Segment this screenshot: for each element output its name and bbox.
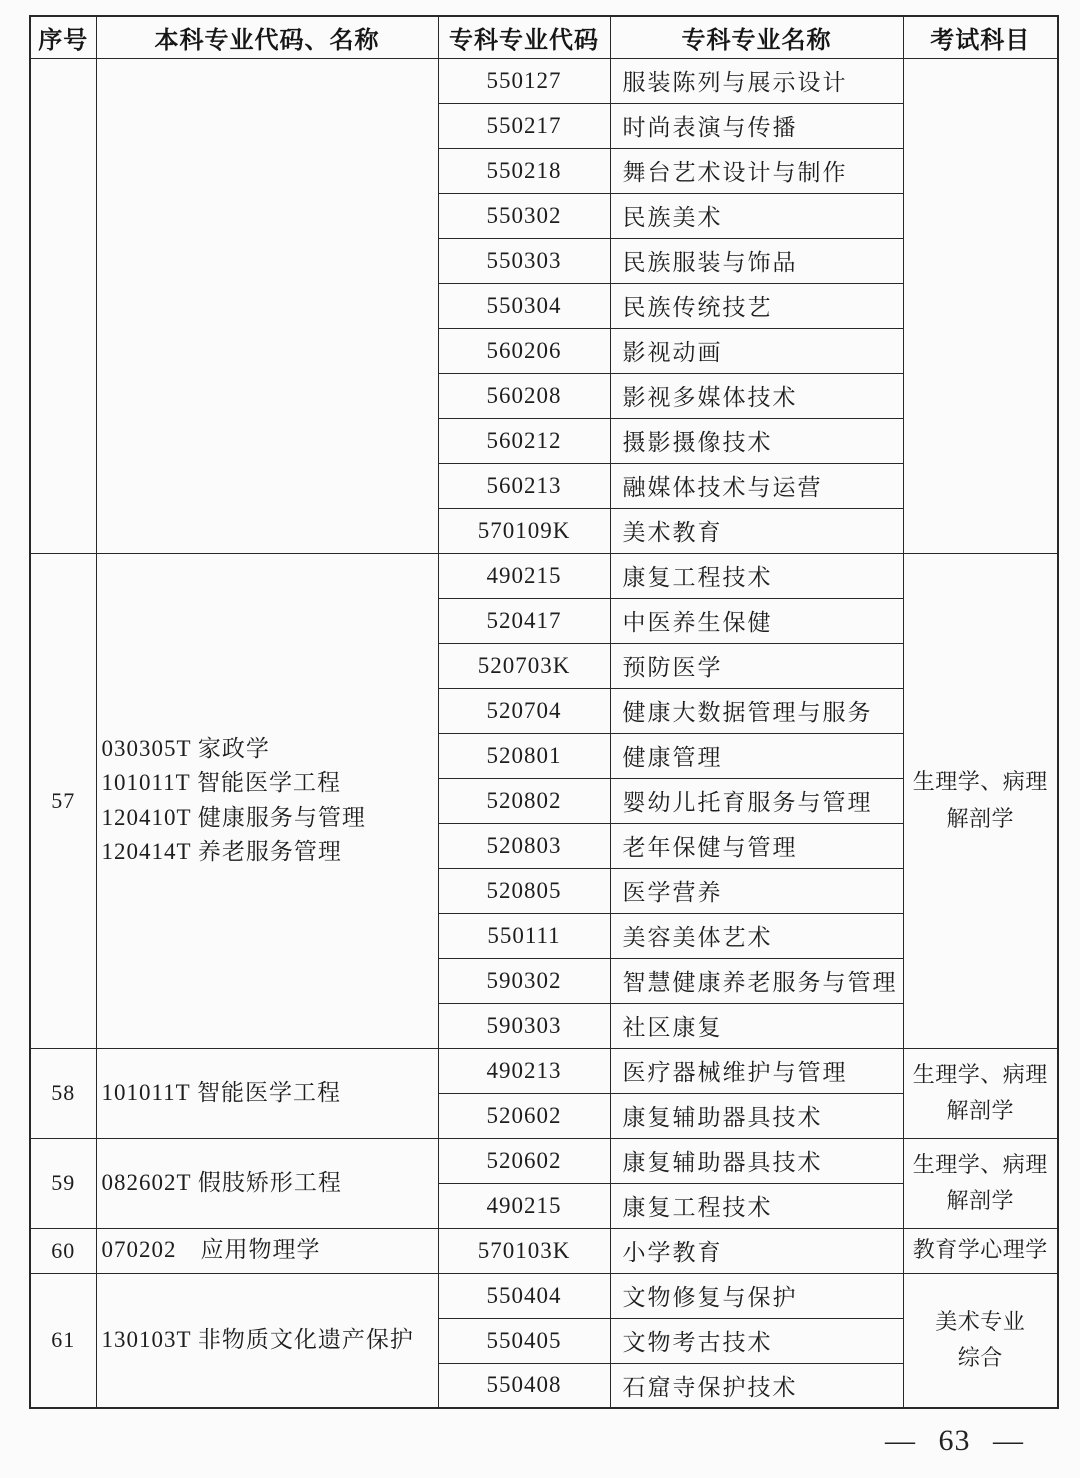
header-seq: 序号 (30, 16, 96, 58)
junior-major-name-cell: 康复辅助器具技术 (610, 1093, 903, 1138)
header-exam-subjects: 考试科目 (903, 16, 1058, 58)
junior-major-name-cell: 美术教育 (610, 508, 903, 553)
undergrad-majors-cell: 082602T 假肢矫形工程 (96, 1138, 438, 1228)
undergrad-majors-cell: 030305T 家政学 101011T 智能医学工程 120410T 健康服务与… (96, 553, 438, 1048)
junior-major-name-cell: 预防医学 (610, 643, 903, 688)
junior-major-name-cell: 融媒体技术与运营 (610, 463, 903, 508)
junior-code-cell: 570103K (438, 1228, 610, 1273)
junior-code-cell: 590303 (438, 1003, 610, 1048)
junior-code-cell: 520802 (438, 778, 610, 823)
header-junior-code: 专科专业代码 (438, 16, 610, 58)
junior-code-cell: 550111 (438, 913, 610, 958)
junior-code-cell: 520704 (438, 688, 610, 733)
junior-major-name-cell: 舞台艺术设计与制作 (610, 148, 903, 193)
junior-major-name-cell: 中医养生保健 (610, 598, 903, 643)
table-body: 550127服装陈列与展示设计550217时尚表演与传播550218舞台艺术设计… (30, 58, 1058, 1408)
junior-major-name-cell: 康复工程技术 (610, 553, 903, 598)
junior-code-cell: 520803 (438, 823, 610, 868)
junior-code-cell: 550218 (438, 148, 610, 193)
junior-major-name-cell: 摄影摄像技术 (610, 418, 903, 463)
table-row: 550127服装陈列与展示设计 (30, 58, 1058, 103)
header-junior-name: 专科专业名称 (610, 16, 903, 58)
table-header: 序号 本科专业代码、名称 专科专业代码 专科专业名称 考试科目 (30, 16, 1058, 58)
junior-major-name-cell: 文物修复与保护 (610, 1273, 903, 1318)
seq-cell: 58 (30, 1048, 96, 1138)
junior-code-cell: 520417 (438, 598, 610, 643)
junior-major-name-cell: 康复工程技术 (610, 1183, 903, 1228)
junior-major-name-cell: 智慧健康养老服务与管理 (610, 958, 903, 1003)
junior-code-cell: 550302 (438, 193, 610, 238)
junior-code-cell: 590302 (438, 958, 610, 1003)
exam-subjects-cell: 生理学、病理 解剖学 (903, 553, 1058, 1048)
seq-cell (30, 58, 96, 553)
junior-major-name-cell: 民族美术 (610, 193, 903, 238)
junior-code-cell: 550404 (438, 1273, 610, 1318)
table-row: 59082602T 假肢矫形工程520602康复辅助器具技术生理学、病理 解剖学 (30, 1138, 1058, 1183)
junior-major-name-cell: 时尚表演与传播 (610, 103, 903, 148)
junior-major-name-cell: 康复辅助器具技术 (610, 1138, 903, 1183)
junior-major-name-cell: 石窟寺保护技术 (610, 1363, 903, 1408)
junior-code-cell: 560208 (438, 373, 610, 418)
majors-table: 序号 本科专业代码、名称 专科专业代码 专科专业名称 考试科目 550127服装… (29, 15, 1059, 1409)
junior-major-name-cell: 医疗器械维护与管理 (610, 1048, 903, 1093)
junior-major-name-cell: 美容美体艺术 (610, 913, 903, 958)
junior-code-cell: 490215 (438, 1183, 610, 1228)
exam-subjects-cell: 美术专业 综合 (903, 1273, 1058, 1408)
junior-code-cell: 570109K (438, 508, 610, 553)
junior-major-name-cell: 医学营养 (610, 868, 903, 913)
junior-code-cell: 550127 (438, 58, 610, 103)
undergrad-majors-cell: 070202 应用物理学 (96, 1228, 438, 1273)
undergrad-majors-cell: 101011T 智能医学工程 (96, 1048, 438, 1138)
junior-major-name-cell: 民族传统技艺 (610, 283, 903, 328)
seq-cell: 61 (30, 1273, 96, 1408)
junior-major-name-cell: 影视多媒体技术 (610, 373, 903, 418)
junior-code-cell: 520805 (438, 868, 610, 913)
junior-major-name-cell: 老年保健与管理 (610, 823, 903, 868)
table-row: 58101011T 智能医学工程490213医疗器械维护与管理生理学、病理 解剖… (30, 1048, 1058, 1093)
junior-code-cell: 490213 (438, 1048, 610, 1093)
table-row: 57030305T 家政学 101011T 智能医学工程 120410T 健康服… (30, 553, 1058, 598)
junior-code-cell: 560206 (438, 328, 610, 373)
junior-major-name-cell: 社区康复 (610, 1003, 903, 1048)
junior-code-cell: 550217 (438, 103, 610, 148)
undergrad-majors-cell (96, 58, 438, 553)
junior-major-name-cell: 健康大数据管理与服务 (610, 688, 903, 733)
page-number: — 63 — (0, 1424, 1024, 1458)
seq-cell: 60 (30, 1228, 96, 1273)
document-page: 序号 本科专业代码、名称 专科专业代码 专科专业名称 考试科目 550127服装… (0, 0, 1080, 1478)
header-row: 序号 本科专业代码、名称 专科专业代码 专科专业名称 考试科目 (30, 16, 1058, 58)
junior-code-cell: 520801 (438, 733, 610, 778)
table-row: 60070202 应用物理学570103K小学教育教育学心理学 (30, 1228, 1058, 1273)
junior-major-name-cell: 民族服装与饰品 (610, 238, 903, 283)
junior-major-name-cell: 健康管理 (610, 733, 903, 778)
junior-major-name-cell: 文物考古技术 (610, 1318, 903, 1363)
junior-code-cell: 550304 (438, 283, 610, 328)
junior-major-name-cell: 小学教育 (610, 1228, 903, 1273)
exam-subjects-cell: 教育学心理学 (903, 1228, 1058, 1273)
junior-major-name-cell: 婴幼儿托育服务与管理 (610, 778, 903, 823)
junior-code-cell: 560213 (438, 463, 610, 508)
junior-code-cell: 560212 (438, 418, 610, 463)
exam-subjects-cell: 生理学、病理 解剖学 (903, 1048, 1058, 1138)
exam-subjects-cell (903, 58, 1058, 553)
junior-code-cell: 520703K (438, 643, 610, 688)
table-row: 61130103T 非物质文化遗产保护550404文物修复与保护美术专业 综合 (30, 1273, 1058, 1318)
header-undergrad-code-name: 本科专业代码、名称 (96, 16, 438, 58)
junior-major-name-cell: 影视动画 (610, 328, 903, 373)
seq-cell: 57 (30, 553, 96, 1048)
exam-subjects-cell: 生理学、病理 解剖学 (903, 1138, 1058, 1228)
junior-code-cell: 520602 (438, 1138, 610, 1183)
junior-code-cell: 490215 (438, 553, 610, 598)
junior-code-cell: 550303 (438, 238, 610, 283)
seq-cell: 59 (30, 1138, 96, 1228)
junior-major-name-cell: 服装陈列与展示设计 (610, 58, 903, 103)
junior-code-cell: 550405 (438, 1318, 610, 1363)
junior-code-cell: 550408 (438, 1363, 610, 1408)
undergrad-majors-cell: 130103T 非物质文化遗产保护 (96, 1273, 438, 1408)
junior-code-cell: 520602 (438, 1093, 610, 1138)
